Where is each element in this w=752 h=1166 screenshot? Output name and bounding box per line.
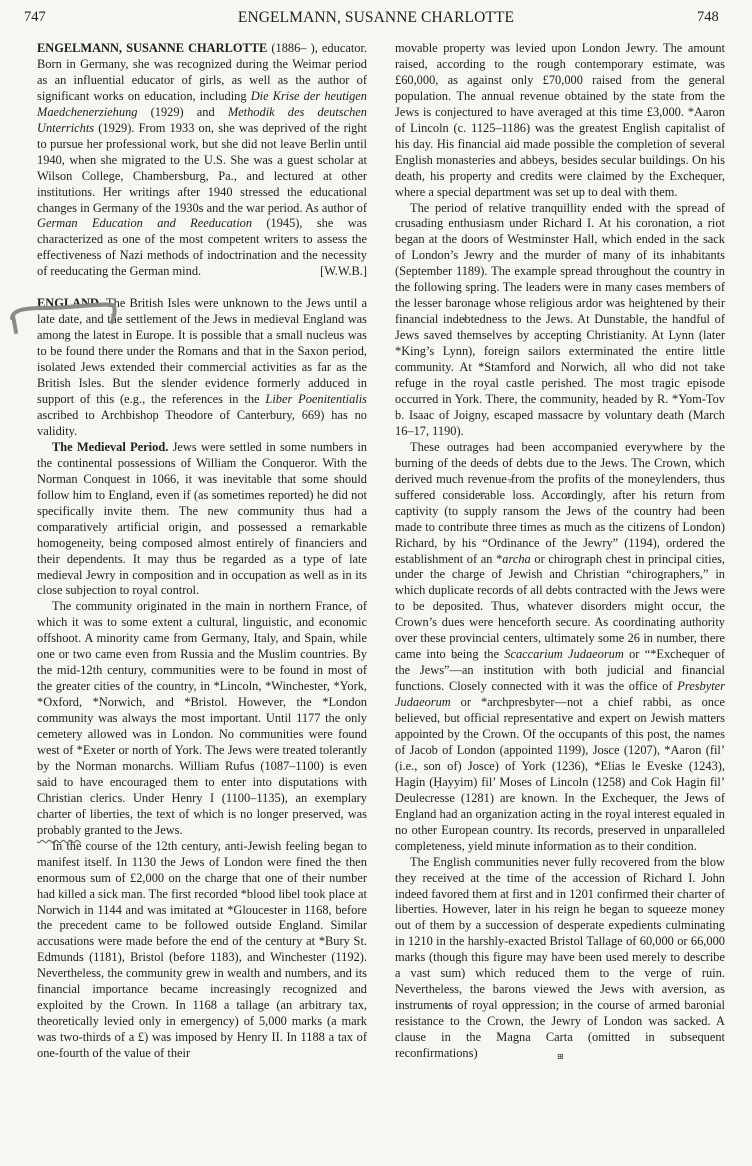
- section-medieval-period: The Medieval Period. Jews were settled i…: [37, 440, 367, 600]
- entry-headword: ENGLAND.: [37, 296, 102, 310]
- paragraph-12th-century: In the course of the 12th century, anti-…: [37, 839, 367, 1062]
- left-column: ENGELMANN, SUSANNE CHARLOTTE (1886– ), e…: [37, 41, 367, 1062]
- page-number-right: 748: [697, 9, 719, 26]
- paragraph-tranquillity: The period of relative tranquillity ende…: [395, 201, 725, 440]
- section-subhead: The Medieval Period.: [52, 440, 168, 454]
- book-title: German Education and Reeducation: [37, 216, 252, 230]
- paragraph-outrages: These outrages had been accompanied ever…: [395, 440, 725, 855]
- author-signature: [W.W.B.]: [320, 264, 367, 280]
- paragraph-continuation: movable property was levied upon London …: [395, 41, 725, 201]
- paragraph-english-communities: The English communities never fully reco…: [395, 855, 725, 1062]
- wavy-underlined-word: probably: [37, 823, 81, 837]
- paragraph-community: The community originated in the main in …: [37, 599, 367, 838]
- entry-england: ENGLAND. The British Isles were unknown …: [37, 296, 367, 440]
- entry-headword: ENGELMANN, SUSANNE CHARLOTTE: [37, 41, 267, 55]
- entry-engelmann: ENGELMANN, SUSANNE CHARLOTTE (1886– ), e…: [37, 41, 367, 280]
- book-title: Liber Poenitentialis: [265, 392, 367, 406]
- right-column: movable property was levied upon London …: [395, 41, 725, 1062]
- running-head: ENGELMANN, SUSANNE CHARLOTTE: [0, 9, 752, 27]
